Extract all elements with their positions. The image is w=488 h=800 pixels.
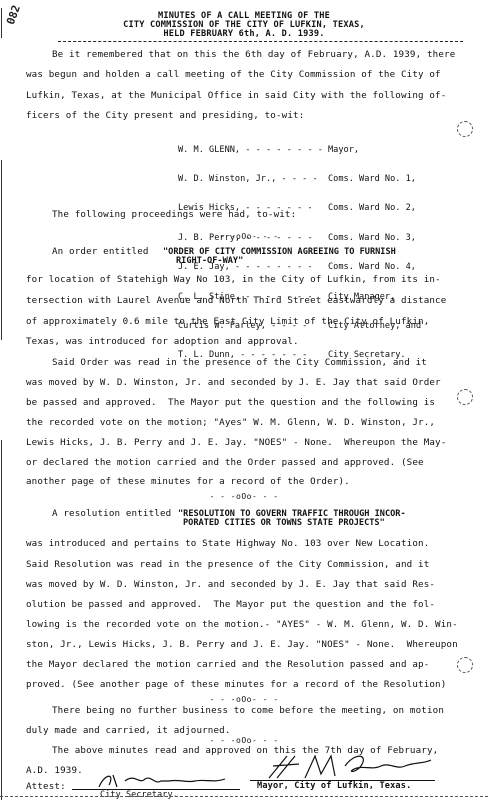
minutes-page: 082 MINUTES OF A CALL MEETING OF THE CIT… [0,0,488,800]
order-vote-line: another page of these minutes for a reco… [26,477,350,487]
order-line: for location of Statehigh Way No 103, in… [26,275,441,285]
title-line-1: MINUTES OF A CALL MEETING OF THE [0,12,488,20]
resolution-line: ston, Jr., Lewis Hicks, J. B. Perry and … [26,640,458,650]
order-line: of approximately 0.6 mile to the East Ci… [26,317,429,327]
order-vote-line: be passed and approved. The Mayor put th… [26,398,435,408]
order-vote-line: Said Order was read in the presence of t… [52,358,427,368]
officer-title: Mayor, [328,145,359,155]
separator: - - -oOo- - - [0,492,488,501]
resolution-line: olution be passed and approved. The Mayo… [26,600,435,610]
title-divider [58,41,463,42]
order-vote-line: the recorded vote on the motion; "Ayes" … [26,418,435,428]
mayor-signature [265,752,435,780]
officer-title: Coms. Ward No. 1, [328,174,416,184]
order-title-2: RIGHT-OF-WAY" [176,257,243,266]
intro-line: was begun and holden a call meeting of t… [26,70,441,80]
secretary-caption: City Secretary. [100,789,178,799]
separator: - - -oOo- - - [0,232,488,241]
officer-title: Coms. Ward No. 4, [328,262,416,272]
attest-label: Attest: [26,782,66,792]
order-vote-line: Lewis Hicks, J. B. Perry and J. E. Jay. … [26,438,446,448]
title-line-3: HELD FEBRUARY 6th, A. D. 1939. [0,30,488,38]
roster-row: W. D. Winston, Jr., - - - -Coms. Ward No… [178,175,421,185]
resolution-line: proved. (See another page of these minut… [26,680,446,690]
roster-row: W. M. GLENN, - - - - - - - -Mayor, [178,146,421,156]
footer-rule [0,796,488,797]
punch-hole-mark [457,657,473,673]
resolution-line: was introduced and pertains to State Hig… [26,539,429,549]
officer-title: Coms. Ward No. 2, [328,203,416,213]
secretary-signature [95,771,235,791]
resolution-line: Said Resolution was read in the presence… [26,560,429,570]
intro-line: Be it remembered that on this the 6th da… [52,50,455,60]
mayor-caption: Mayor, City of Lufkin, Texas. [257,781,411,791]
order-lead: An order entitled [52,247,149,257]
resolution-lead: A resolution entitled [52,509,171,519]
margin-rule [1,160,2,340]
proceedings-line: The following proceedings were had, to-w… [52,210,296,220]
intro-line: ficers of the City present and presiding… [26,111,304,121]
closing-line: duly made and carried, it adjourned. [26,726,231,736]
separator: - - -oOo- - - [0,695,488,704]
approval-date: A.D. 1939. [26,766,83,776]
intro-line: Lufkin, Texas, at the Municipal Office i… [26,91,446,101]
order-vote-line: or declared the motion carried and the O… [26,458,424,468]
order-line: tersection with Laurel Avenue and North … [26,296,446,306]
order-line: Texas, was introduced for adoption and a… [26,337,299,347]
officer-name: W. M. GLENN, - - - - - - - - [178,146,328,156]
punch-hole-mark [457,121,473,137]
resolution-line: was moved by W. D. Winston, Jr. and seco… [26,580,435,590]
punch-hole-mark [457,389,473,405]
resolution-line: the Mayor declared the motion carried an… [26,660,429,670]
resolution-title-2: PORATED CITIES OR TOWNS STATE PROJECTS" [183,519,385,528]
separator: - - -oOo- - - [0,736,488,745]
closing-line: There being no further business to come … [52,706,444,716]
order-vote-line: was moved by W. D. Winston, Jr. and seco… [26,378,441,388]
title-line-2: CITY COMMISSION OF THE CITY OF LUFKIN, T… [0,21,488,29]
resolution-line: lowing is the recorded vote on the motio… [26,620,458,630]
officer-name: W. D. Winston, Jr., - - - - [178,175,328,185]
